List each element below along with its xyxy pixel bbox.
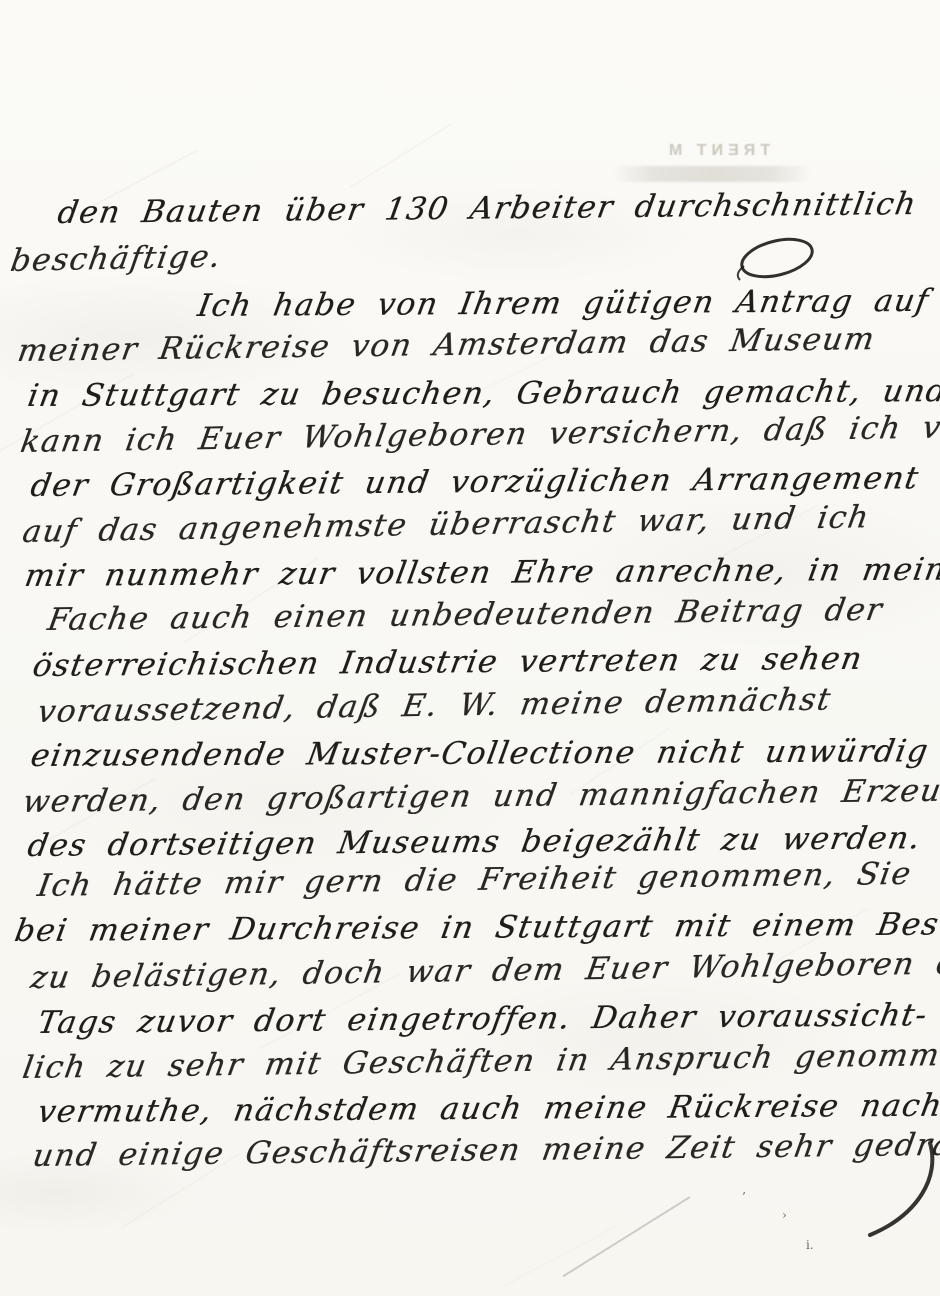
- handwriting-line: einzusendende Muster-Collectione nicht u…: [28, 733, 940, 774]
- handwriting-line: mir nunmehr zur vollsten Ehre anrechne, …: [22, 551, 940, 594]
- bleed-through-letterhead: TRENT M: [592, 142, 842, 160]
- handwriting-line: lich zu sehr mit Geschäften in Anspruch …: [20, 1037, 940, 1086]
- handwriting-line: österreichischen Industrie vertreten zu …: [30, 641, 866, 684]
- bleed-through-stroke: [349, 123, 452, 188]
- ink-speck: ›: [782, 1208, 787, 1222]
- handwriting-line: bei meiner Durchreise in Stuttgart mit e…: [12, 906, 940, 949]
- handwriting-line: in Stuttgart zu besuchen, Gebrauch gemac…: [25, 373, 940, 414]
- ink-speck: ’: [742, 1190, 746, 1204]
- bleed-through-letterhead-subline: [612, 166, 812, 182]
- handwriting-line: vermuthe, nächstdem auch meine Rückreise…: [35, 1087, 940, 1130]
- scanned-letter-page: TRENT M den Bauten über 130 Arbeiter dur…: [0, 0, 940, 1296]
- handwriting-line: der Großartigkeit und vorzüglichen Arran…: [28, 460, 922, 504]
- handwriting-line: den Bauten über 130 Arbeiter durchschnit…: [55, 186, 920, 231]
- handwriting-line: kann ich Euer Wohlgeboren versichern, da…: [18, 409, 940, 460]
- bleed-through-stroke: [503, 1224, 619, 1287]
- handwriting-line: voraussetzend, daß E. W. meine demnächst: [35, 682, 834, 730]
- handwriting-line: Ich habe von Ihrem gütigen Antrag auf: [195, 283, 932, 324]
- stray-pen-stroke: [562, 1196, 690, 1277]
- handwriting-line: Tags zuvor dort eingetroffen. Daher vora…: [35, 997, 931, 1041]
- handwriting-line: auf das angenehmste überrascht war, und …: [20, 499, 872, 550]
- handwriting-line: Fache auch einen unbedeutenden Beitrag d…: [45, 592, 886, 638]
- handwriting-line: beschäftige.: [8, 239, 224, 279]
- handwriting-line: werden, den großartigen und mannigfachen…: [20, 771, 940, 820]
- handwriting-line: und einige Geschäftsreisen meine Zeit se…: [30, 1126, 940, 1174]
- handwriting-line: Ich hätte mir gern die Freiheit genommen…: [35, 856, 914, 904]
- ink-flourish-loop: [732, 228, 822, 288]
- handwriting-line: meiner Rückreise von Amsterdam das Museu…: [15, 321, 878, 369]
- ink-speck: i.: [806, 1238, 814, 1252]
- handwriting-line: zu belästigen, doch war dem Euer Wohlgeb…: [28, 945, 940, 996]
